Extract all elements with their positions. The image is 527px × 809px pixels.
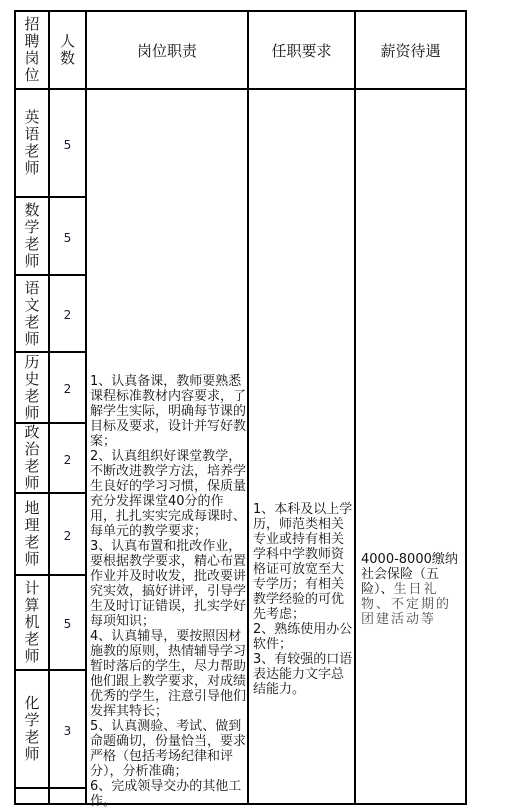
position-label: 化学老师 (24, 695, 40, 763)
count-value: 2 (64, 453, 72, 467)
count-cell: 2 (49, 352, 86, 423)
duties-cell: 1、认真备课，教师要熟悉课程标准教材内容要求，了解学生实际，明确每节课的目标及要… (86, 89, 248, 804)
header-salary: 薪资待遇 (355, 11, 466, 89)
position-label: 计算机老师 (24, 580, 40, 665)
header-count-label: 人数 (59, 33, 75, 67)
requirements-text: 1、本科及以上学历，师范类相关专业或持有相关学科中学教师资格证可放宽至大专学历；… (253, 502, 353, 697)
header-duties-label: 岗位职责 (137, 42, 197, 60)
position-cell: 英语老师 (15, 89, 49, 197)
header-requirements: 任职要求 (248, 11, 355, 89)
header-count: 人数 (49, 11, 86, 89)
recruitment-table: 招聘岗位 人数 岗位职责 任职要求 薪资待遇 英语老师 (14, 10, 467, 805)
count-value: 5 (64, 138, 72, 152)
header-duties: 岗位职责 (86, 11, 248, 89)
header-position: 招聘岗位 (15, 11, 49, 89)
position-cell: 政治老师 (15, 423, 49, 493)
header-position-label: 招聘岗位 (24, 16, 40, 84)
count-value: 2 (64, 308, 72, 322)
count-cell: 5 (49, 575, 86, 670)
position-label: 英语老师 (24, 109, 40, 177)
salary-text: 4000-8000缴纳社会保险（五险）、生日礼物、不定期的团建活动等 (361, 552, 464, 627)
position-cell: 化学老师 (15, 670, 49, 788)
count-cell: 2 (49, 493, 86, 575)
position-cell: 数学老师 (15, 197, 49, 275)
position-cell (15, 788, 49, 804)
position-cell: 地理老师 (15, 493, 49, 575)
duties-text: 1、认真备课，教师要熟悉课程标准教材内容要求，了解学生实际，明确每节课的目标及要… (90, 374, 246, 809)
position-label: 数学老师 (24, 202, 40, 270)
position-cell: 计算机老师 (15, 575, 49, 670)
header-requirements-label: 任职要求 (271, 42, 331, 60)
position-label: 语文老师 (24, 280, 40, 348)
count-value: 5 (64, 231, 72, 245)
page: 招聘岗位 人数 岗位职责 任职要求 薪资待遇 英语老师 (0, 0, 527, 809)
count-value: 2 (64, 529, 72, 543)
position-label: 政治老师 (24, 424, 40, 492)
requirements-cell: 1、本科及以上学历，师范类相关专业或持有相关学科中学教师资格证可放宽至大专学历；… (248, 89, 355, 804)
count-cell: 2 (49, 275, 86, 352)
count-value: 5 (64, 617, 72, 631)
position-cell: 语文老师 (15, 275, 49, 352)
header-row: 招聘岗位 人数 岗位职责 任职要求 薪资待遇 (15, 11, 466, 89)
count-cell: 5 (49, 197, 86, 275)
count-cell: 3 (49, 670, 86, 788)
position-label: 历史老师 (24, 354, 40, 422)
table-row: 英语老师 5 1、认真备课，教师要熟悉课程标准教材内容要求，了解学生实际，明确每… (15, 89, 466, 197)
count-value: 2 (64, 382, 72, 396)
position-cell: 历史老师 (15, 352, 49, 423)
count-cell: 2 (49, 423, 86, 493)
count-cell: 5 (49, 89, 86, 197)
position-label: 地理老师 (24, 500, 40, 568)
salary-cell: 4000-8000缴纳社会保险（五险）、生日礼物、不定期的团建活动等 (355, 89, 466, 804)
count-value: 3 (64, 724, 72, 738)
header-salary-label: 薪资待遇 (380, 42, 440, 60)
count-cell (49, 788, 86, 804)
